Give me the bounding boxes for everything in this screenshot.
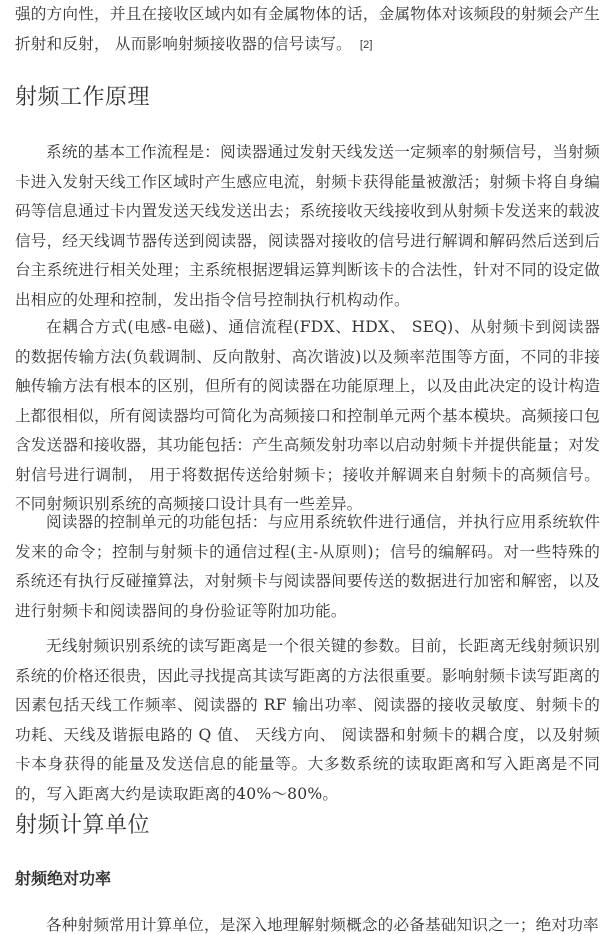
section-title-working-principle: 射频工作原理 [15,80,150,111]
subsection-title-absolute-power: 射频绝对功率 [15,866,111,889]
reference-link[interactable]: [2] [360,39,373,51]
intro-text: 强的方向性，并且在接收区域内如有金属物体的话，金属物体对该频段的射频会产生折射和… [15,5,600,53]
paragraph-read-distance: 无线射频识别系统的读写距离是一个很关键的参数。目前，长距离无线射频识别系统的价格… [15,632,600,809]
paragraph-workflow: 系统的基本工作流程是：阅读器通过发射天线发送一定频率的射频信号，当射频卡进入发射… [15,138,600,315]
section-title-units: 射频计算单位 [15,808,150,839]
paragraph-coupling: 在耦合方式(电感-电磁)、通信流程(FDX、HDX、 SEQ)、从射频卡到阅读器… [15,313,600,520]
paragraph-absolute-power: 各种射频常用计算单位，是深入地理解射频概念的必备基础知识之一；绝对功率 [15,911,600,934]
intro-paragraph: 强的方向性，并且在接收区域内如有金属物体的话，金属物体对该频段的射频会产生折射和… [15,0,600,60]
paragraph-control-unit: 阅读器的控制单元的功能包括：与应用系统软件进行通信，并执行应用系统软件发来的命令… [15,508,600,626]
